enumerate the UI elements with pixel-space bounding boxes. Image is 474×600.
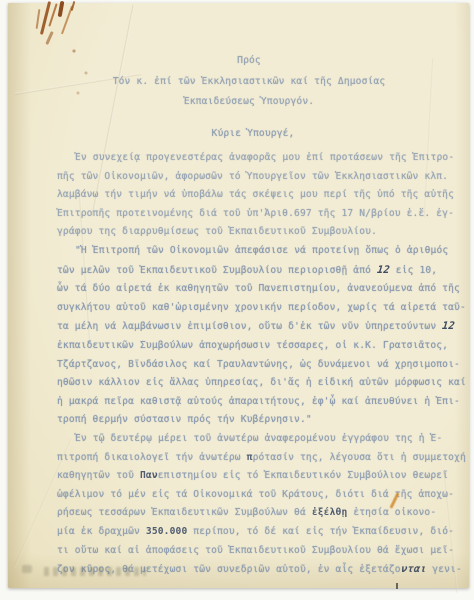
typed-text-run: ρότασίν της, λέγουσα ὅτι ἡ συμμετοχή [253, 452, 466, 463]
typed-text-run: ηθῶσιν κάλλιον εἰς ἄλλας ὑπηρεσίας, δι'ἅ… [57, 377, 466, 388]
text-line: Ἐπιτροπῆς προτεινομένης διά τοῦ ὑπ'Ἀριθ.… [57, 205, 449, 224]
recipient-line: Τόν κ. ἐπί τῶν Ἐκκλησιαστικῶν καί τῆς Δη… [49, 72, 449, 93]
rust-stain [32, 1, 82, 47]
overwritten-ink-run: ἐξέλθῃ [312, 507, 348, 518]
typed-text-run: γράφου της διαρρυθμίσεως τοῦ Ἐκπαιδευτικ… [57, 226, 377, 237]
text-line: γράφου της διαρρυθμίσεως τοῦ Ἐκπαιδευτικ… [57, 223, 449, 242]
typed-text-run: ρήσεως τεσσάρων Ἐκπαιδευτικῶν Συμβούλων … [57, 507, 312, 518]
handwritten-run: νται [400, 560, 428, 579]
paragraphs-block: Ἐν συνεχείᾳ προγενεστέρας ἀναφορᾶς μου ἐ… [57, 149, 449, 580]
text-line: Τζάρτζανος, Βϊνδάσιλος καί Τραυλαντώνης,… [57, 356, 449, 375]
text-line: ηθῶσιν κάλλιον εἰς ἄλλας ὑπηρεσίας, δι'ἅ… [57, 374, 449, 393]
typed-text-run: καθηγητῶν τοῦ [57, 470, 140, 481]
letter-page: ΠρόςΤόν κ. ἐπί τῶν Ἐκκλησιαστικῶν καί τῆ… [8, 3, 469, 588]
text-line: καθηγητῶν τοῦ Πανεπιστημίου εἰς τό Ἐκπαι… [57, 467, 449, 486]
typed-text-run: συγκλήτου αὐτοῦ καθ'ὡρισμένην χρονικήν π… [57, 302, 466, 313]
recipient-line: Πρός [49, 51, 449, 72]
typed-text-run: μία ἐκ δραχμῶν [57, 526, 146, 537]
overwritten-ink-run: Παν [140, 470, 158, 481]
paragraph: "Ἡ Ἐπιτροπή τῶν Οἰκονομιῶν ἀπεφάσισε νά … [57, 242, 449, 430]
typed-text-run: Τζάρτζανος, Βϊνδάσιλος καί Τραυλαντώνης,… [57, 359, 460, 370]
text-line: τῶν μελῶν τοῦ Ἐκπαιδευτικοῦ Συμβουλίου π… [57, 261, 449, 281]
typed-text-run: "Ἡ Ἐπιτροπή τῶν Οἰκονομιῶν ἀπεφάσισε νά … [75, 245, 448, 256]
handwritten-run: 12 [441, 317, 456, 336]
pencil-smudge [22, 565, 32, 573]
text-line: ὧν τά δύο αἱρετά ἐκ καθηγητῶν τοῦ Πανεπι… [57, 280, 449, 299]
text-line: συγκλήτου αὐτοῦ καθ'ὡρισμένην χρονικήν π… [57, 299, 449, 318]
typed-text-run: περίπου, τό δέ καί εἰς τήν Ἐκπαίδευσιν, … [187, 526, 454, 537]
typed-text-run: ἐτησία οἰκονο- [347, 507, 436, 518]
typed-text-run: πῆς τῶν Οἰκονομιῶν, ἀφορωσῶν τό Ὑπουργεῖ… [57, 171, 448, 182]
typed-text-run: γενι- [426, 564, 462, 575]
recipient-block: ΠρόςΤόν κ. ἐπί τῶν Ἐκκλησιαστικῶν καί τῆ… [49, 51, 449, 113]
typed-text-run: πιτροπή δικαιολογεῖ τήν ἀνωτέρω [57, 452, 247, 463]
text-line: Ἐν συνεχείᾳ προγενεστέρας ἀναφορᾶς μου ἐ… [57, 149, 449, 168]
text-line: ὠφέλιμον τό μέν εἰς τά Οἰκονομικά τοῦ Κρ… [57, 486, 449, 505]
recipient-line: Ἐκπαιδεύσεως Ὑπουργόν. [49, 92, 449, 113]
overwritten-ink-run: 350.000 [146, 526, 187, 537]
handwritten-run: 12 [376, 261, 391, 280]
typed-text-run: εἰς 10, [390, 265, 437, 276]
text-line: πιτροπή δικαιολογεῖ τήν ἀνωτέρω πρότασίν… [57, 449, 449, 468]
typed-text-run: επιστημίου εἰς τό Ἐκπαιδευτικόν Συμβούλι… [158, 470, 448, 481]
text-line: "Ἡ Ἐπιτροπή τῶν Οἰκονομιῶν ἀπεφάσισε νά … [57, 242, 449, 261]
text-line: τι οὕτω καί αἱ ἀποφάσεις τοῦ Ἐκπαιδευτικ… [57, 542, 449, 561]
text-line: λαμβάνω τήν τιμήν νά ὑποβάλω τάς σκέψεις… [57, 186, 449, 205]
salutation: Κύριε Ὑπουργέ, [57, 125, 449, 144]
typed-text-run: τι οὕτω καί αἱ ἀποφάσεις τοῦ Ἐκπαιδευτικ… [57, 545, 454, 556]
typed-text-run: τῶν μελῶν τοῦ Ἐκπαιδευτικοῦ Συμβουλίου π… [57, 265, 377, 276]
text-line: τα μέλη νά λαμβάνωσιν ἐπιμίσθιον, οὕτω δ… [57, 317, 449, 337]
pencil-annotation [44, 567, 146, 576]
text-line: ἡ μακρά πεῖρα καθιστᾷ αὐτούς ἀπαραιτήτου… [57, 393, 449, 412]
paragraph: Ἐν συνεχείᾳ προγενεστέρας ἀναφορᾶς μου ἐ… [57, 149, 449, 242]
typed-text-run: Ἐν συνεχείᾳ προγενεστέρας ἀναφορᾶς μου ἐ… [75, 152, 454, 163]
typed-text-run: τα μέλη νά λαμβάνωσιν ἐπιμίσθιον, οὕτω δ… [57, 321, 442, 332]
text-line: Ἐν τῷ δευτέρῳ μέρει τοῦ ἀνωτέρω ἀναφερομ… [57, 430, 449, 449]
typed-text-run: Ἐπιτροπῆς προτεινομένης διά τοῦ ὑπ'Ἀριθ.… [57, 208, 454, 219]
typed-text-run: λαμβάνω τήν τιμήν νά ὑποβάλω τάς σκέψεις… [57, 189, 454, 200]
letter-body: ΠρόςΤόν κ. ἐπί τῶν Ἐκκλησιαστικῶν καί τῆ… [57, 51, 449, 580]
typed-text-run: ἡ μακρά πεῖρα καθιστᾷ αὐτούς ἀπαραιτήτου… [57, 396, 460, 407]
typed-text-run: ἐκπαιδευτικῶν Συμβούλων ἀποχωρήσωσιν τέσ… [57, 340, 448, 351]
text-line: πῆς τῶν Οἰκονομιῶν, ἀφορωσῶν τό Ὑπουργεῖ… [57, 168, 449, 187]
typed-text-run: ὧν τά δύο αἱρετά ἐκ καθηγητῶν τοῦ Πανεπι… [57, 283, 460, 294]
text-line: τροπή θερμήν σύστασιν πρός τήν Κυβέρνησι… [57, 411, 449, 430]
typed-text-run: Ἐν τῷ δευτέρῳ μέρει τοῦ ἀνωτέρω ἀναφερομ… [75, 433, 442, 444]
text-line: ἐκπαιδευτικῶν Συμβούλων ἀποχωρήσωσιν τέσ… [57, 337, 449, 356]
typed-text-run: τροπή θερμήν σύστασιν πρός τήν Κυβέρνησι… [57, 414, 312, 425]
ink-speck [396, 583, 398, 589]
text-line: μία ἐκ δραχμῶν 350.000 περίπου, τό δέ κα… [57, 523, 449, 542]
